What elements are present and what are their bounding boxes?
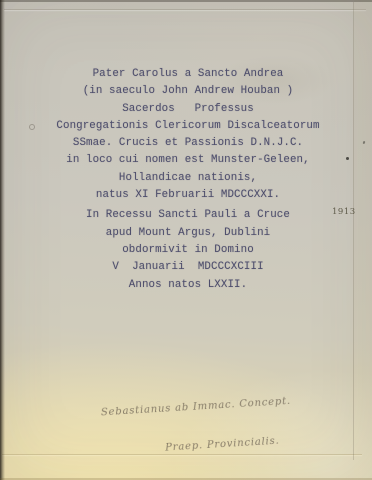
typed-line-age: Annos natos LXXII. bbox=[14, 277, 362, 294]
photo-left-edge bbox=[0, 0, 5, 480]
photo-top-edge bbox=[0, 0, 372, 2]
handwritten-name: Sebastianus ab Immac. Concept. bbox=[101, 394, 311, 420]
typed-line-birth-date: natus XI Februarii MDCCCXXI. bbox=[14, 187, 362, 204]
typed-line: obdormivit in Domino bbox=[14, 242, 362, 259]
typed-line-title: Pater Carolus a Sancto Andrea bbox=[14, 66, 362, 83]
typed-line: SSmae. Crucis et Passionis D.N.J.C. bbox=[14, 135, 362, 152]
typed-line-death-date: V Januarii MDCCCXCIII bbox=[14, 259, 362, 276]
handwritten-signature: Sebastianus ab Immac. Concept. Praep. Pr… bbox=[99, 368, 315, 480]
typed-line-secular-name: (in saeculo John Andrew Houban ) bbox=[14, 83, 362, 100]
typed-line: in loco cui nomen est Munster-Geleen, bbox=[14, 152, 362, 169]
typed-line: Congregationis Clericorum Discalceatorum bbox=[14, 118, 362, 135]
typed-line: Sacerdos Professus bbox=[14, 101, 362, 118]
handwritten-title: Praep. Provincialis. bbox=[165, 433, 314, 455]
typed-line: apud Mount Argus, Dublini bbox=[14, 225, 362, 242]
paper-crease-top bbox=[4, 9, 366, 10]
typed-line: In Recessu Sancti Pauli a Cruce bbox=[14, 207, 362, 224]
dust-speck bbox=[346, 157, 349, 160]
year-label: 1913 bbox=[332, 207, 356, 217]
document-photo: Pater Carolus a Sancto Andrea (in saecul… bbox=[0, 0, 372, 480]
typed-text-block: Pater Carolus a Sancto Andrea (in saecul… bbox=[14, 66, 362, 294]
dust-speck bbox=[29, 124, 35, 130]
typed-line: Hollandicae nationis, bbox=[14, 170, 362, 187]
